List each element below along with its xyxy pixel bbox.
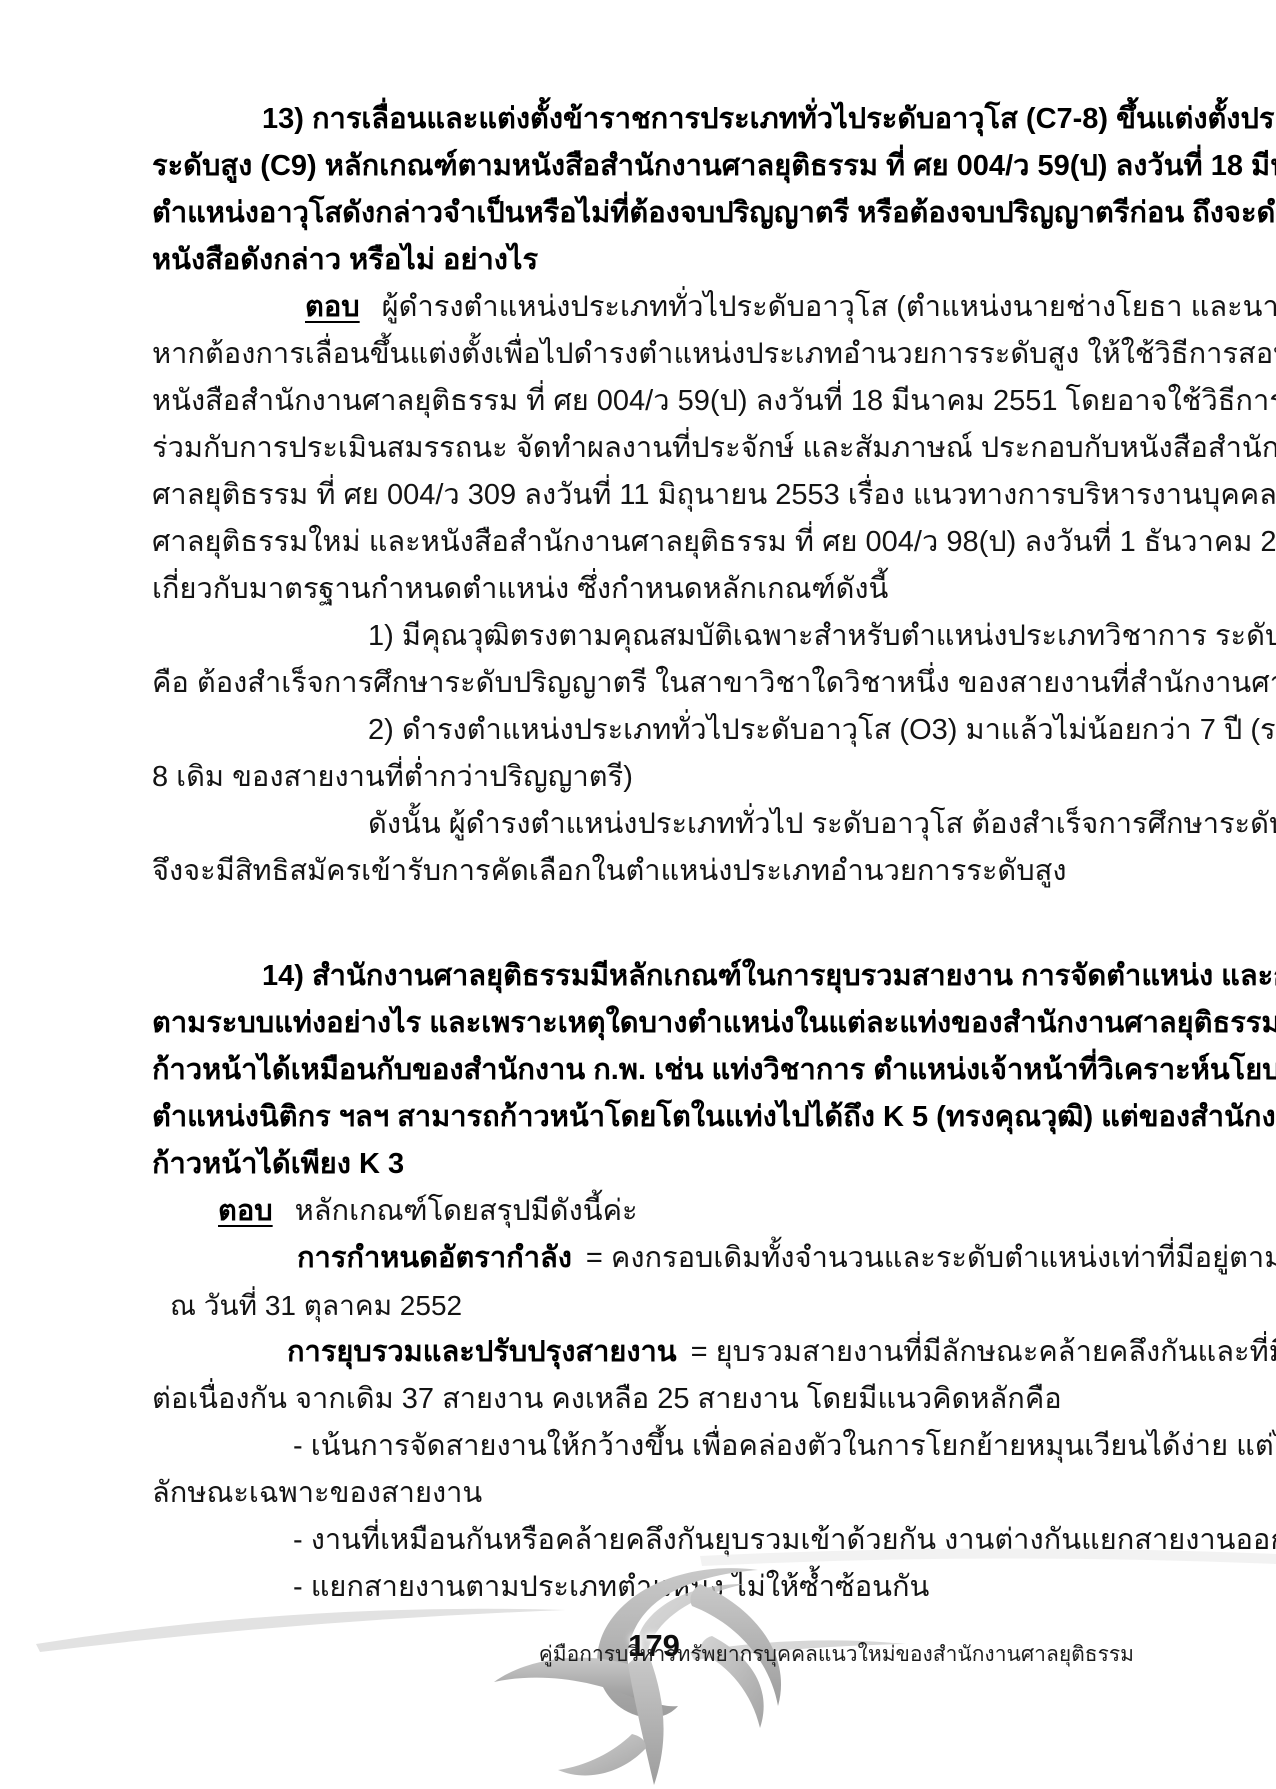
answer-14-line: ลักษณะเฉพาะของสายงาน — [0, 1470, 1276, 1517]
question-13: 13) การเลื่อนและแต่งตั้งข้าราชการประเภทท… — [0, 96, 1276, 284]
heading-label: การยุบรวมและปรับปรุงสายงาน — [287, 1336, 677, 1368]
footer-book-title: คู่มือการบริหารทรัพยากรบุคคลแนวใหม่ของสำ… — [539, 1638, 1134, 1671]
answer-13-line: 8 เดิม ของสายงานที่ต่ำกว่าปริญญาตรี) — [0, 754, 1276, 801]
answer-13-line: หากต้องการเลื่อนขึ้นแต่งตั้งเพื่อไปดำรงต… — [0, 331, 1276, 378]
answer-13-line: จึงจะมีสิทธิสมัครเข้ารับการคัดเลือกในตำแ… — [0, 848, 1276, 895]
question-13-line: 13) การเลื่อนและแต่งตั้งข้าราชการประเภทท… — [0, 96, 1276, 143]
question-14-line: 14) สำนักงานศาลยุติธรรมมีหลักเกณฑ์ในการย… — [0, 953, 1276, 1000]
answer-14-heading-staffing: การกำหนดอัตรากำลัง= คงกรอบเดิมทั้งจำนวนแ… — [0, 1235, 1276, 1282]
answer-14-bullet: - แยกสายงานตามประเภทตำแหน่ง ไม่ให้ซ้ำซ้อ… — [0, 1564, 1276, 1611]
emblem-leaf-bottom — [558, 1734, 646, 1775]
answer-13-line: ตอบผู้ดำรงตำแหน่งประเภททั่วไประดับอาวุโส… — [0, 284, 1276, 331]
answer-13: ตอบผู้ดำรงตำแหน่งประเภททั่วไประดับอาวุโส… — [0, 284, 1276, 895]
answer-13-line: คือ ต้องสำเร็จการศึกษาระดับปริญญาตรี ในส… — [0, 660, 1276, 707]
question-14-line: ก้าวหน้าได้เหมือนกับของสำนักงาน ก.พ. เช่… — [0, 1047, 1276, 1094]
emblem-stem — [628, 1656, 664, 1785]
answer-14-line: ณ วันที่ 31 ตุลาคม 2552 — [0, 1282, 1276, 1329]
answer-13-line: ศาลยุติธรรมใหม่ และหนังสือสำนักงานศาลยุต… — [0, 519, 1276, 566]
answer-13-line: ศาลยุติธรรม ที่ ศย 004/ว 309 ลงวันที่ 11… — [0, 472, 1276, 519]
answer-14-text: หลักเกณฑ์โดยสรุปมีดังนี้ค่ะ — [295, 1195, 638, 1227]
question-13-line: ตำแหน่งอาวุโสดังกล่าวจำเป็นหรือไม่ที่ต้อ… — [0, 190, 1276, 237]
question-14: 14) สำนักงานศาลยุติธรรมมีหลักเกณฑ์ในการย… — [0, 953, 1276, 1188]
answer-label: ตอบ — [218, 1195, 273, 1227]
question-14-line: ก้าวหน้าได้เพียง K 3 — [0, 1141, 1276, 1188]
answer-14-line: ตอบหลักเกณฑ์โดยสรุปมีดังนี้ค่ะ — [0, 1188, 1276, 1235]
answer-13-item-1: 1) มีคุณวุฒิตรงตามคุณสมบัติเฉพาะสำหรับตำ… — [0, 613, 1276, 660]
question-14-line: ตามระบบแท่งอย่างไร และเพราะเหตุใดบางตำแห… — [0, 1000, 1276, 1047]
answer-13-conclusion: ดังนั้น ผู้ดำรงตำแหน่งประเภททั่วไป ระดับ… — [0, 801, 1276, 848]
heading-text: = คงกรอบเดิมทั้งจำนวนและระดับตำแหน่งเท่า… — [586, 1242, 1276, 1274]
answer-14-line: ต่อเนื่องกัน จากเดิม 37 สายงาน คงเหลือ 2… — [0, 1376, 1276, 1423]
question-13-line: ระดับสูง (C9) หลักเกณฑ์ตามหนังสือสำนักงา… — [0, 143, 1276, 190]
answer-13-text: ผู้ดำรงตำแหน่งประเภททั่วไประดับอาวุโส (ต… — [382, 291, 1276, 323]
page-body-text: 13) การเลื่อนและแต่งตั้งข้าราชการประเภทท… — [0, 96, 1276, 1611]
answer-14-bullet: - เน้นการจัดสายงานให้กว้างขึ้น เพื่อคล่อ… — [0, 1423, 1276, 1470]
answer-14-bullet: - งานที่เหมือนกันหรือคล้ายคลึงกันยุบรวมเ… — [0, 1517, 1276, 1564]
document-page: 13) การเลื่อนและแต่งตั้งข้าราชการประเภทท… — [0, 0, 1276, 1789]
answer-14-heading-merge: การยุบรวมและปรับปรุงสายงาน= ยุบรวมสายงาน… — [0, 1329, 1276, 1376]
question-14-line: ตำแหน่งนิติกร ฯลฯ สามารถก้าวหน้าโดยโตในแ… — [0, 1094, 1276, 1141]
heading-label: การกำหนดอัตรากำลัง — [297, 1242, 572, 1274]
question-13-line: หนังสือดังกล่าว หรือไม่ อย่างไร — [0, 237, 1276, 284]
heading-text: = ยุบรวมสายงานที่มีลักษณะคล้ายคลึงกันและ… — [691, 1336, 1276, 1368]
answer-13-line: เกี่ยวกับมาตรฐานกำหนดตำแหน่ง ซึ่งกำหนดหล… — [0, 566, 1276, 613]
answer-13-item-2: 2) ดำรงตำแหน่งประเภททั่วไประดับอาวุโส (O… — [0, 707, 1276, 754]
answer-label: ตอบ — [305, 291, 360, 323]
answer-13-line: หนังสือสำนักงานศาลยุติธรรม ที่ ศย 004/ว … — [0, 378, 1276, 425]
footer-swoosh-left — [36, 1609, 566, 1652]
answer-13-line: ร่วมกับการประเมินสมรรถนะ จัดทำผลงานที่ปร… — [0, 425, 1276, 472]
answer-14: ตอบหลักเกณฑ์โดยสรุปมีดังนี้ค่ะ การกำหนดอ… — [0, 1188, 1276, 1611]
